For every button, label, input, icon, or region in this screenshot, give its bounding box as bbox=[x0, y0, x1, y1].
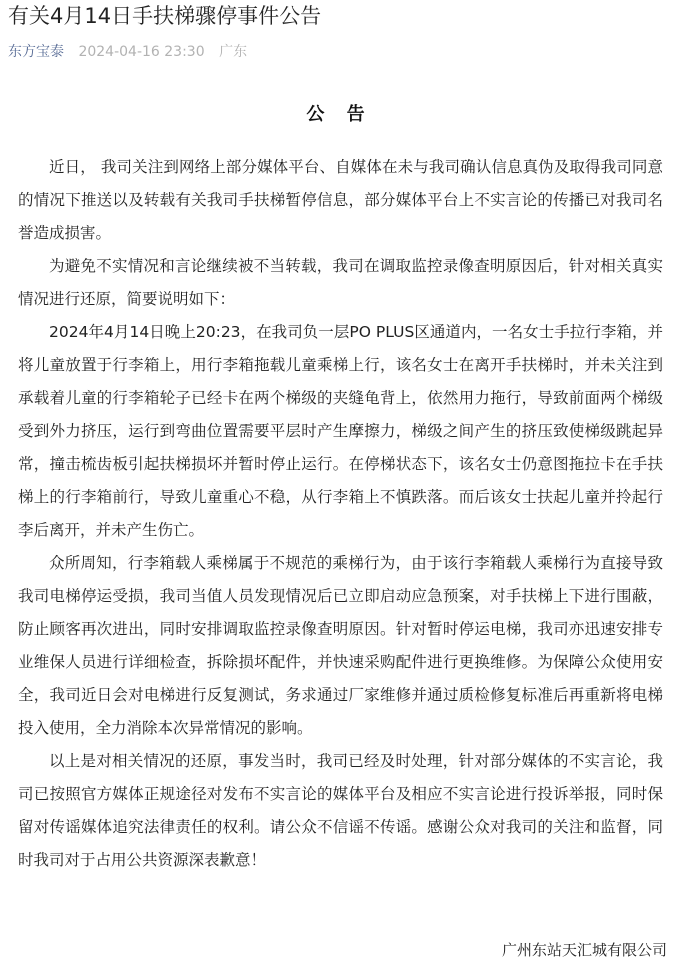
publish-location: 广东 bbox=[219, 44, 247, 60]
paragraph: 近日， 我司关注到网络上部分媒体平台、自媒体在未与我司确认信息真伪及取得我司同意… bbox=[18, 151, 663, 250]
signature: 广州东站天汇城有限公司 bbox=[502, 940, 667, 960]
notice-heading: 公 告 bbox=[0, 100, 679, 126]
paragraph: 2024年4月14日晚上20:23，在我司负一层PO PLUS区通道内，一名女士… bbox=[18, 316, 663, 547]
paragraph: 众所周知，行李箱载人乘梯属于不规范的乘梯行为，由于该行李箱载人乘梯行为直接导致我… bbox=[18, 547, 663, 745]
paragraph: 以上是对相关情况的还原，事发当时，我司已经及时处理，针对部分媒体的不实言论，我司… bbox=[18, 745, 663, 877]
article-meta: 东方宝泰 2024-04-16 23:30 广东 bbox=[8, 42, 247, 62]
article-title: 有关4月14日手扶梯骤停事件公告 bbox=[8, 2, 321, 30]
author-link[interactable]: 东方宝泰 bbox=[8, 44, 64, 60]
publish-date: 2024-04-16 23:30 bbox=[78, 44, 204, 60]
notice-body: 近日， 我司关注到网络上部分媒体平台、自媒体在未与我司确认信息真伪及取得我司同意… bbox=[18, 151, 663, 877]
paragraph: 为避免不实情况和言论继续被不当转载，我司在调取监控录像查明原因后，针对相关真实情… bbox=[18, 250, 663, 316]
